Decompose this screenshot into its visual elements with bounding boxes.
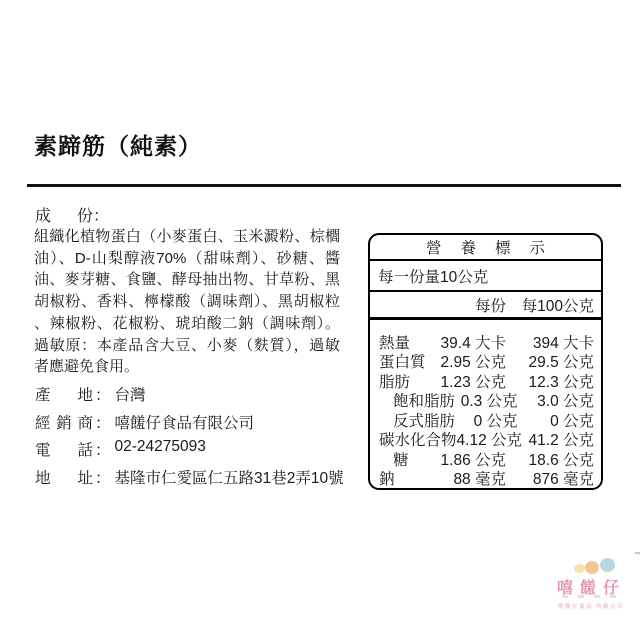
nutrition-row: 反式脂肪0 公克0 公克: [370, 410, 601, 430]
ingredients-line: 、辣椒粉、花椒粉、琥珀酸二鈉（調味劑）。: [34, 313, 340, 335]
info-value: 嘻饈仔食品有限公司: [115, 411, 255, 433]
column-header-per-100g: 每100公克: [506, 294, 594, 316]
nutrient-value-per-100g: 876 毫克: [506, 467, 594, 489]
info-label: 產地: [35, 383, 93, 405]
ingredients-line: 胡椒粉、香料、檸檬酸（調味劑）、黑胡椒粒: [34, 291, 340, 313]
info-row: 經銷商：嘻饈仔食品有限公司: [35, 411, 344, 439]
info-row: 產地：台灣: [35, 383, 344, 411]
info-row: 地址：基隆市仁愛區仁五路31巷2弄10號: [35, 466, 344, 494]
distributor-list: 產地：台灣經銷商：嘻饈仔食品有限公司電話：02-24275093地址：基隆市仁愛…: [35, 383, 344, 494]
watermark-decoration-blue-blob: [600, 558, 615, 572]
info-colon: ：: [95, 411, 111, 433]
brand-watermark: 嘻饈仔 嘻饈仔食品 有限公司: [556, 554, 640, 624]
nutrition-table-body: 熱量39.4 大卡394 大卡蛋白質2.95 公克29.5 公克脂肪1.23 公…: [370, 320, 601, 488]
nutrition-row: 脂肪1.23 公克12.3 公克: [370, 371, 601, 391]
info-colon: ：: [95, 438, 111, 460]
nutrition-row: 飽和脂肪0.3 公克3.0 公克: [370, 391, 601, 411]
info-value: 台灣: [115, 383, 146, 405]
info-label: 電話: [35, 438, 93, 460]
info-colon: ：: [95, 383, 111, 405]
nutrient-value-per-serving: 88 毫克: [434, 467, 506, 489]
column-header-per-serving: 每份: [434, 294, 506, 316]
info-row: 電話：02-24275093: [35, 438, 344, 466]
nutrition-row: 熱量39.4 大卡394 大卡: [370, 332, 601, 352]
ingredients-section-label: 成份：: [35, 203, 109, 226]
nutrient-name: 鈉: [379, 467, 434, 489]
ingredients-line: 者應避免食用。: [34, 356, 340, 378]
info-colon: ：: [95, 466, 111, 488]
info-label: 經銷商: [35, 411, 93, 433]
watermark-tagline: 嘻饈仔食品 有限公司: [558, 602, 624, 610]
ingredients-line: 油、麥芽糖、食鹽、酵母抽出物、甘草粉、黑: [34, 269, 340, 291]
product-title: 素蹄筋（純素）: [34, 128, 202, 161]
nutrition-row: 糖1.86 公克18.6 公克: [370, 449, 601, 469]
ingredients-line: 組織化植物蛋白（小麥蛋白、玉米澱粉、棕櫚: [34, 226, 340, 248]
watermark-decoration-orange-blob: [585, 561, 599, 574]
watermark-dots-decoration: [562, 595, 622, 598]
nutrition-table: 營養標示 每一份量10公克 每份 每100公克 熱量39.4 大卡394 大卡蛋…: [368, 233, 603, 490]
ingredients-text: 組織化植物蛋白（小麥蛋白、玉米澱粉、棕櫚油）、D-山梨醇液70%（甜味劑）、砂糖…: [34, 226, 340, 378]
nutrition-table-title: 營養標示: [370, 235, 601, 261]
nutrition-serving-size: 每一份量10公克: [370, 261, 601, 292]
ingredients-label-colon: ：: [93, 208, 109, 225]
title-divider: [27, 184, 621, 187]
ingredients-line: 過敏原：本產品含大豆、小麥（麩質），過敏: [34, 335, 340, 357]
ingredients-line: 油）、D-山梨醇液70%（甜味劑）、砂糖、醬: [34, 248, 340, 270]
info-label: 地址: [35, 466, 93, 488]
nutrition-row: 鈉88 毫克876 毫克: [370, 469, 601, 489]
nutrition-column-headers: 每份 每100公克: [370, 292, 601, 320]
info-value: 02-24275093: [115, 438, 206, 456]
nutrition-row: 碳水化合物4.12 公克41.2 公克: [370, 430, 601, 450]
nutrition-row: 蛋白質2.95 公克29.5 公克: [370, 352, 601, 372]
info-value: 基隆市仁愛區仁五路31巷2弄10號: [115, 466, 344, 488]
ingredients-label: 成份: [35, 203, 93, 226]
watermark-decoration-yellow-blob: [574, 564, 585, 573]
